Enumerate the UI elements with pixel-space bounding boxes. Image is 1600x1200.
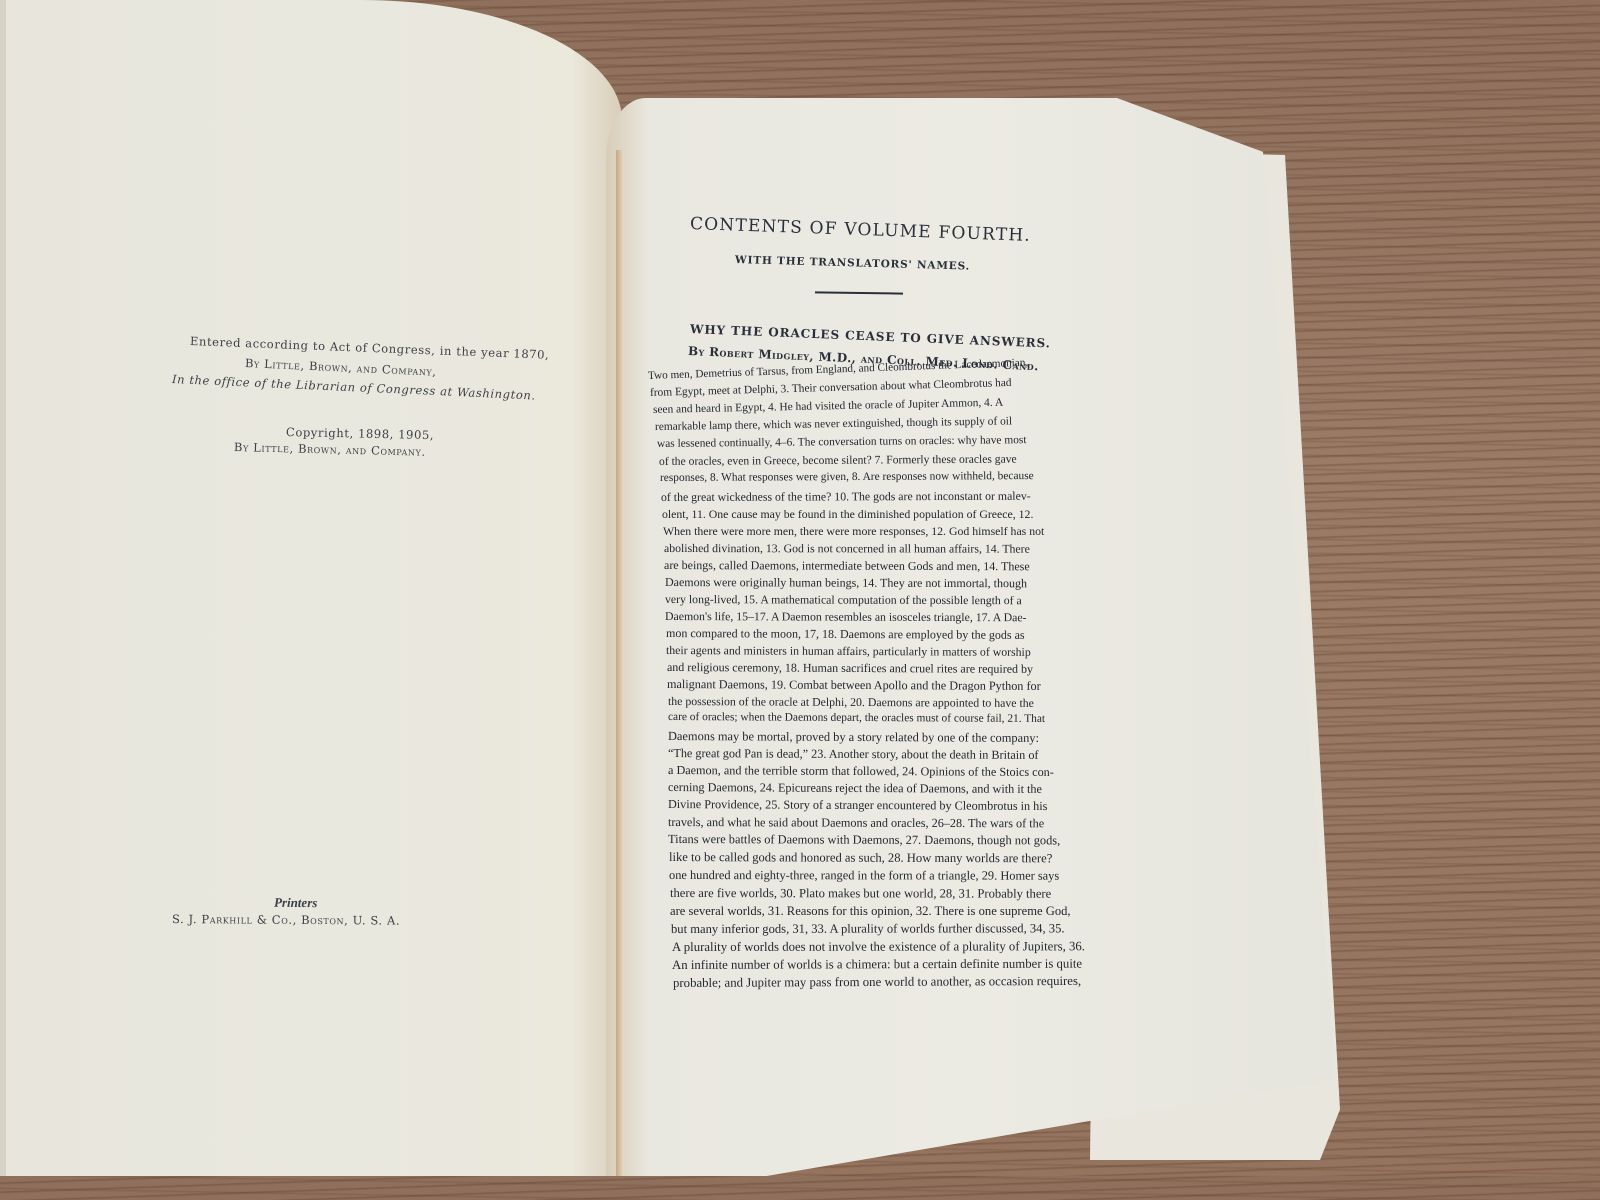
body-line: A plurality of worlds does not involve t… xyxy=(672,939,1085,955)
body-line: of the oracles, even in Greece, become s… xyxy=(659,453,1017,468)
body-line: When there were more men, there were mor… xyxy=(663,524,1044,539)
left-page-edge xyxy=(0,0,6,1176)
body-line: and religious ceremony, 18. Human sacrif… xyxy=(667,660,1033,677)
printers-label: Printers xyxy=(274,895,317,911)
body-line: the possession of the oracle at Delphi, … xyxy=(668,694,1034,711)
body-line: care of oracles; when the Daemons depart… xyxy=(668,711,1045,725)
body-line: “The great god Pan is dead,” 23. Another… xyxy=(668,746,1039,763)
body-line: travels, and what he said about Daemons … xyxy=(668,815,1044,831)
body-line: Daemons may be mortal, proved by a story… xyxy=(668,729,1039,746)
body-line: responses, 8. What responses were given,… xyxy=(660,470,1034,484)
body-line: abolished divination, 13. God is not con… xyxy=(664,541,1030,557)
printers-name: S. J. Parkhill & Co., Boston, U. S. A. xyxy=(172,912,400,928)
left-page xyxy=(0,0,622,1176)
body-line: one hundred and eighty-three, ranged in … xyxy=(669,868,1059,884)
body-line: cerning Daemons, 24. Epicureans reject t… xyxy=(668,780,1042,797)
body-line: like to be called gods and honored as su… xyxy=(669,850,1052,866)
body-line: olent, 11. One cause may be found in the… xyxy=(662,507,1033,522)
body-line: Daemons were originally human beings, 14… xyxy=(665,575,1027,591)
body-line: Divine Providence, 25. Story of a strang… xyxy=(668,797,1048,814)
body-line: mon compared to the moon, 17, 18. Daemon… xyxy=(666,626,1025,643)
body-line: Daemon's life, 15–17. A Daemon resembles… xyxy=(665,609,1027,625)
body-line: are several worlds, 31. Reasons for this… xyxy=(670,904,1071,919)
body-line: Titans were battles of Daemons with Daem… xyxy=(668,832,1060,848)
body-line: of the great wickedness of the time? 10.… xyxy=(661,489,1031,505)
body-line: probable; and Jupiter may pass from one … xyxy=(673,974,1081,991)
book-gutter xyxy=(616,150,624,1176)
body-line: very long-lived, 15. A mathematical comp… xyxy=(665,592,1022,608)
body-line: their agents and ministers in human affa… xyxy=(666,643,1031,660)
body-line: malignant Daemons, 19. Combat between Ap… xyxy=(667,677,1041,694)
body-line: An infinite number of worlds is a chimer… xyxy=(672,957,1082,973)
body-line: are beings, called Daemons, intermediate… xyxy=(664,558,1030,574)
body-line: but many inferior gods, 31, 33. A plural… xyxy=(671,921,1065,937)
body-line: there are five worlds, 30. Plato makes b… xyxy=(670,886,1051,902)
body-line: a Daemon, and the terrible storm that fo… xyxy=(668,763,1054,780)
